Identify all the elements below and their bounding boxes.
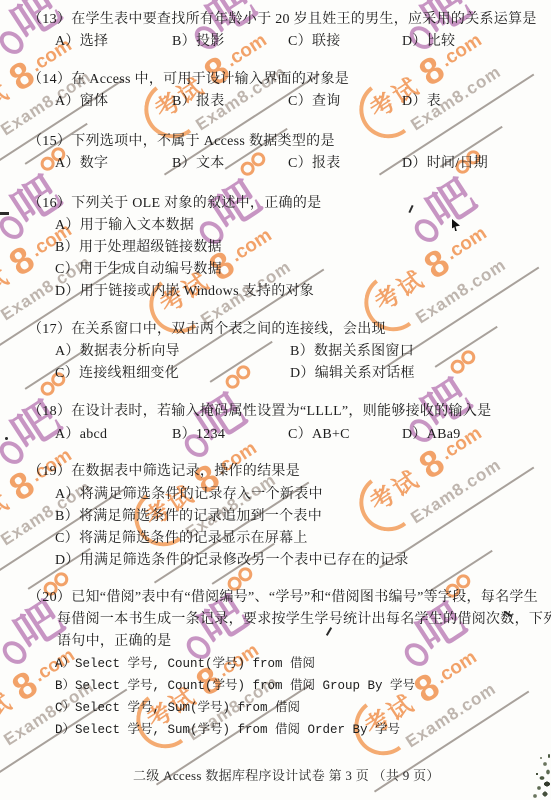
q20-stem-line3: 语句中，正确的是 <box>57 630 171 650</box>
scan-speck <box>0 212 9 215</box>
q17-option-a: A）数据表分析向导 <box>55 340 180 360</box>
q14-option-c: C）查询 <box>288 90 341 110</box>
q20-option-c: C）Select 学号, Sum(学号) from 借阅 <box>55 697 300 715</box>
q15-option-a: A）数字 <box>55 152 108 172</box>
q18-option-c: C）AB+C <box>288 423 350 443</box>
q17-option-c: C）连接线粗细变化 <box>55 362 179 382</box>
q17-option-b: B）数据关系图窗口 <box>290 340 414 360</box>
q13-option-c: C）联接 <box>288 30 341 50</box>
q20-option-d: D）Select 学号, Sum(学号) from 借阅 Order By 学号 <box>55 719 400 737</box>
q18-option-a: A）abcd <box>55 423 107 443</box>
q15-option-b: B）文本 <box>172 152 225 172</box>
q15-stem: （15）下列选项中，不属于 Access 数据类型的是 <box>28 130 335 150</box>
q20-stem-line2: 每借阅一本书生成一条记录，要求按学生学号统计出每名学生的借阅次数，下列 SQL <box>57 608 551 628</box>
scan-speck <box>5 437 8 440</box>
q19-option-c: C）将满足筛选条件的记录显示在屏幕上 <box>55 527 308 547</box>
q19-option-a: A）将满足筛选条件的记录存入一个新表中 <box>55 483 323 503</box>
q15-option-c: C）报表 <box>288 152 341 172</box>
q20-option-b: B）Select 学号, Count(学号) from 借阅 Group By … <box>55 675 415 693</box>
q19-option-b: B）将满足筛选条件的记录追加到一个表中 <box>55 505 322 525</box>
q14-stem: （14）在 Access 中，可用于设计输入界面的对象是 <box>28 68 349 88</box>
exam-page: 考试 8 .com 吧 Exam8.com 考试 8 .com 吧 Exam8.… <box>0 0 551 800</box>
q20-option-a: A）Select 学号, Count(学号) from 借阅 <box>55 653 315 671</box>
q14-option-b: B）报表 <box>172 90 225 110</box>
q20-stem-line1: （20）已知“借阅”表中有“借阅编号”、“学号”和“借阅图书编号”等字段，每名学… <box>28 586 538 606</box>
q19-option-d: D）用满足筛选条件的记录修改另一个表中已存在的记录 <box>55 549 409 569</box>
q16-option-d: D）用于链接或内嵌 Windows 支持的对象 <box>55 280 314 300</box>
q16-stem: （16）下列关于 OLE 对象的叙述中，正确的是 <box>28 192 321 212</box>
q18-option-b: B）1234 <box>172 423 225 443</box>
corner-stain <box>515 744 551 800</box>
q18-stem: （18）在设计表时，若输入掩码属性设置为“LLLL”，则能够接收的输入是 <box>28 400 491 420</box>
q14-option-a: A）窗体 <box>55 90 108 110</box>
q17-option-d: D）编辑关系对话框 <box>290 362 415 382</box>
page-footer: 二级 Access 数据库程序设计试卷 第 3 页 （共 9 页） <box>133 765 440 784</box>
q17-stem: （17）在关系窗口中，双击两个表之间的连接线，会出现 <box>28 318 386 338</box>
exam8-watermark: 考试 8 .com 吧 Exam8.com <box>343 355 551 581</box>
q16-option-b: B）用于处理超级链接数据 <box>55 236 222 256</box>
q18-option-d: D）ABa9 <box>402 423 461 443</box>
scan-speck <box>408 205 413 213</box>
q13-option-a: A）选择 <box>55 30 108 50</box>
q13-option-b: B）投影 <box>172 30 225 50</box>
q15-option-d: D）时间/日期 <box>402 152 488 172</box>
q19-stem: （19）在数据表中筛选记录，操作的结果是 <box>28 460 300 480</box>
q14-option-d: D）表 <box>402 90 441 110</box>
q16-option-a: A）用于输入文本数据 <box>55 214 194 234</box>
q13-stem: （13）在学生表中要查找所有年龄小于 20 岁且姓王的男生，应采用的关系运算是 <box>28 8 537 28</box>
q16-option-c: C）用于生成自动编号数据 <box>55 258 222 278</box>
q13-option-d: D）比较 <box>402 30 455 50</box>
